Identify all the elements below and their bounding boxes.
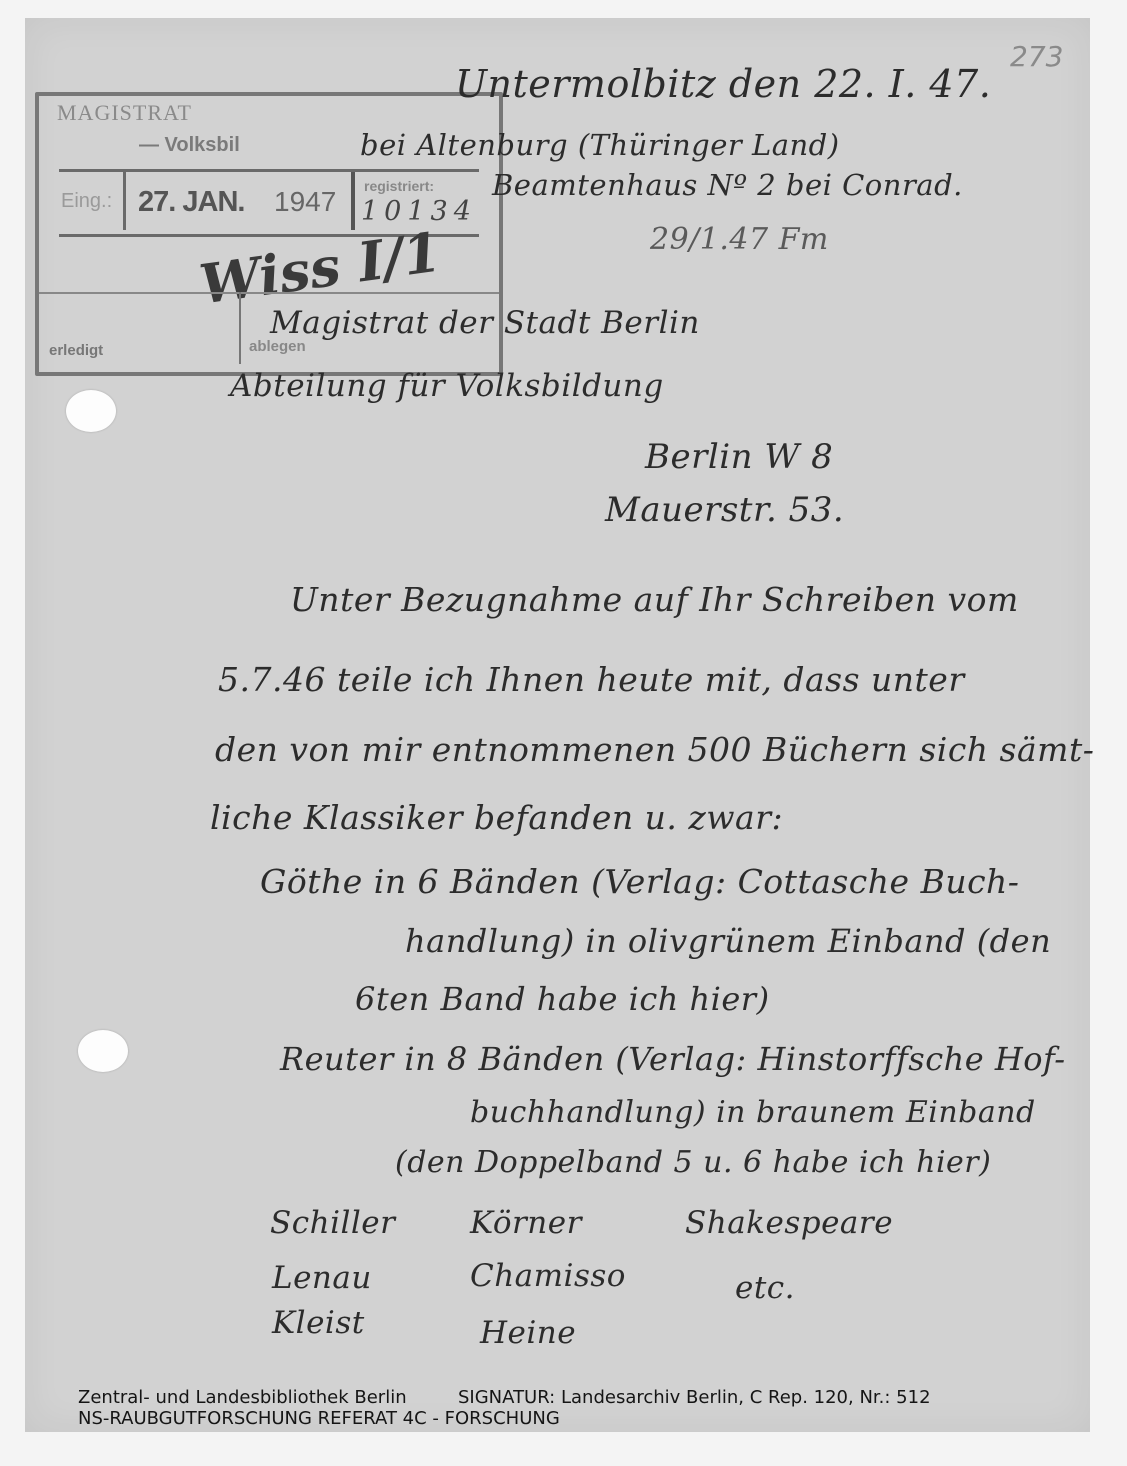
punch-hole-bottom	[78, 1030, 128, 1072]
body-line: Reuter in 8 Bänden (Verlag: Hinstorffsch…	[280, 1040, 1066, 1078]
stamp-received-label: Eing.:	[61, 190, 112, 213]
body-line: den von mir entnommenen 500 Büchern sich…	[215, 730, 1094, 769]
recipient-line-2: Abteilung für Volksbildung	[230, 368, 664, 404]
archive-footer: Zentral- und Landesbibliothek Berlin SIG…	[78, 1387, 1078, 1429]
place-line-2: bei Altenburg (Thüringer Land)	[360, 128, 840, 162]
recipient-line-4: Mauerstr. 53.	[605, 490, 844, 530]
stamp-registered-label: registriert:	[364, 178, 434, 194]
received-note: 29/1.47 Fm	[650, 222, 829, 257]
author-list-item: Heine	[480, 1315, 576, 1351]
stamp-divider-line	[39, 292, 499, 295]
footer-institution: Zentral- und Landesbibliothek Berlin	[78, 1387, 407, 1408]
body-line: Göthe in 6 Bänden (Verlag: Cottasche Buc…	[260, 862, 1019, 901]
archive-page-number: 273	[1010, 40, 1063, 73]
body-line: (den Doppelband 5 u. 6 habe ich hier)	[395, 1145, 991, 1180]
author-list-item: Shakespeare	[685, 1205, 893, 1241]
recipient-line-3: Berlin W 8	[645, 437, 833, 477]
recipient-line-1: Magistrat der Stadt Berlin	[270, 305, 700, 341]
punch-hole-top	[66, 390, 116, 432]
stamp-received-year: 1947	[274, 186, 336, 218]
body-line: 5.7.46 teile ich Ihnen heute mit, dass u…	[218, 660, 965, 699]
body-line: 6ten Band habe ich hier)	[355, 980, 770, 1018]
address-line: Beamtenhaus Nº 2 bei Conrad.	[492, 168, 963, 202]
stamp-vertical-divider	[239, 292, 241, 364]
author-list-item: Chamisso	[470, 1258, 626, 1294]
author-list-item: etc.	[735, 1270, 795, 1306]
stamp-received-date: 27. JAN.	[138, 186, 244, 219]
body-line: Unter Bezugnahme auf Ihr Schreiben vom	[290, 580, 1019, 619]
body-line: liche Klassiker befanden u. zwar:	[210, 798, 783, 837]
stamp-subtitle: — Volksbil	[139, 134, 240, 157]
stamp-done-label: erledigt	[49, 342, 103, 359]
stamp-date-box: 27. JAN. 1947	[123, 172, 355, 230]
author-list-item: Körner	[470, 1205, 582, 1241]
body-line: handlung) in olivgrünem Einband (den	[405, 922, 1051, 960]
author-list-item: Lenau	[272, 1260, 372, 1296]
footer-department: NS-RAUBGUTFORSCHUNG REFERAT 4C - FORSCHU…	[78, 1408, 560, 1429]
place-date-line: Untermolbitz den 22. I. 47.	[455, 62, 991, 106]
stamp-title: MAGISTRAT	[57, 100, 192, 126]
author-list-item: Schiller	[270, 1205, 395, 1241]
footer-signature: SIGNATUR: Landesarchiv Berlin, C Rep. 12…	[458, 1387, 931, 1408]
author-list-item: Kleist	[272, 1305, 365, 1341]
body-line: buchhandlung) in braunem Einband	[470, 1095, 1036, 1130]
